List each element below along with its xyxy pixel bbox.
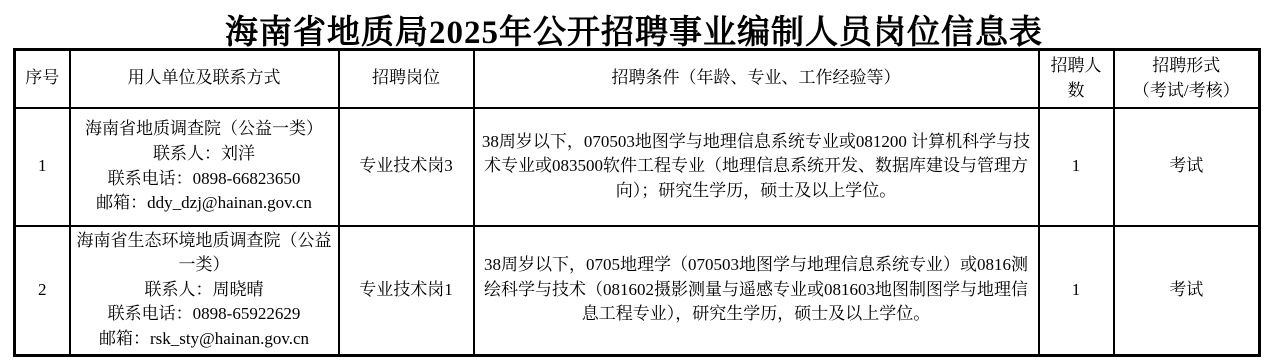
col-header-form: 招聘形式 （考试/考核） bbox=[1114, 50, 1260, 108]
cell-index: 1 bbox=[15, 108, 70, 226]
employer-unit: 海南省生态环境地质调查院（公益一类） bbox=[75, 229, 334, 278]
cell-recruitment-form: 考试 bbox=[1114, 108, 1260, 226]
cell-position: 专业技术岗3 bbox=[339, 108, 474, 226]
cell-employer: 海南省生态环境地质调查院（公益一类） 联系人：周晓晴 联系电话：0898-659… bbox=[70, 226, 339, 356]
cell-headcount: 1 bbox=[1039, 226, 1114, 356]
table-row: 2 海南省生态环境地质调查院（公益一类） 联系人：周晓晴 联系电话：0898-6… bbox=[15, 226, 1260, 356]
employer-contact: 联系人：刘洋 bbox=[75, 142, 334, 167]
employer-unit: 海南省地质调查院（公益一类） bbox=[75, 117, 334, 142]
cell-requirements: 38周岁以下，070503地图学与地理信息系统专业或081200 计算机科学与技… bbox=[474, 108, 1039, 226]
cell-recruitment-form: 考试 bbox=[1114, 226, 1260, 356]
col-header-requirements: 招聘条件（年龄、专业、工作经验等） bbox=[474, 50, 1039, 108]
page-title: 海南省地质局2025年公开招聘事业编制人员岗位信息表 bbox=[0, 0, 1268, 46]
employer-phone: 联系电话：0898-65922629 bbox=[75, 302, 334, 327]
table-header-row: 序号 用人单位及联系方式 招聘岗位 招聘条件（年龄、专业、工作经验等） 招聘人数… bbox=[15, 50, 1260, 108]
cell-position: 专业技术岗1 bbox=[339, 226, 474, 356]
cell-index: 2 bbox=[15, 226, 70, 356]
col-header-form-line1: 招聘形式 bbox=[1119, 54, 1255, 79]
employer-email: 邮箱：rsk_sty@hainan.gov.cn bbox=[75, 327, 334, 352]
table-row: 1 海南省地质调查院（公益一类） 联系人：刘洋 联系电话：0898-668236… bbox=[15, 108, 1260, 226]
col-header-index: 序号 bbox=[15, 50, 70, 108]
col-header-headcount: 招聘人数 bbox=[1039, 50, 1114, 108]
col-header-position: 招聘岗位 bbox=[339, 50, 474, 108]
col-header-employer: 用人单位及联系方式 bbox=[70, 50, 339, 108]
employer-contact: 联系人：周晓晴 bbox=[75, 278, 334, 303]
cell-requirements: 38周岁以下，0705地理学（070503地图学与地理信息系统专业）或0816测… bbox=[474, 226, 1039, 356]
cell-employer: 海南省地质调查院（公益一类） 联系人：刘洋 联系电话：0898-66823650… bbox=[70, 108, 339, 226]
col-header-form-line2: （考试/考核） bbox=[1119, 79, 1255, 104]
cell-headcount: 1 bbox=[1039, 108, 1114, 226]
employer-phone: 联系电话：0898-66823650 bbox=[75, 167, 334, 192]
job-posting-table: 序号 用人单位及联系方式 招聘岗位 招聘条件（年龄、专业、工作经验等） 招聘人数… bbox=[13, 48, 1261, 357]
employer-email: 邮箱：ddy_dzj@hainan.gov.cn bbox=[75, 191, 334, 216]
document-page: 海南省地质局2025年公开招聘事业编制人员岗位信息表 序号 用人单位及联系方式 … bbox=[0, 0, 1268, 361]
